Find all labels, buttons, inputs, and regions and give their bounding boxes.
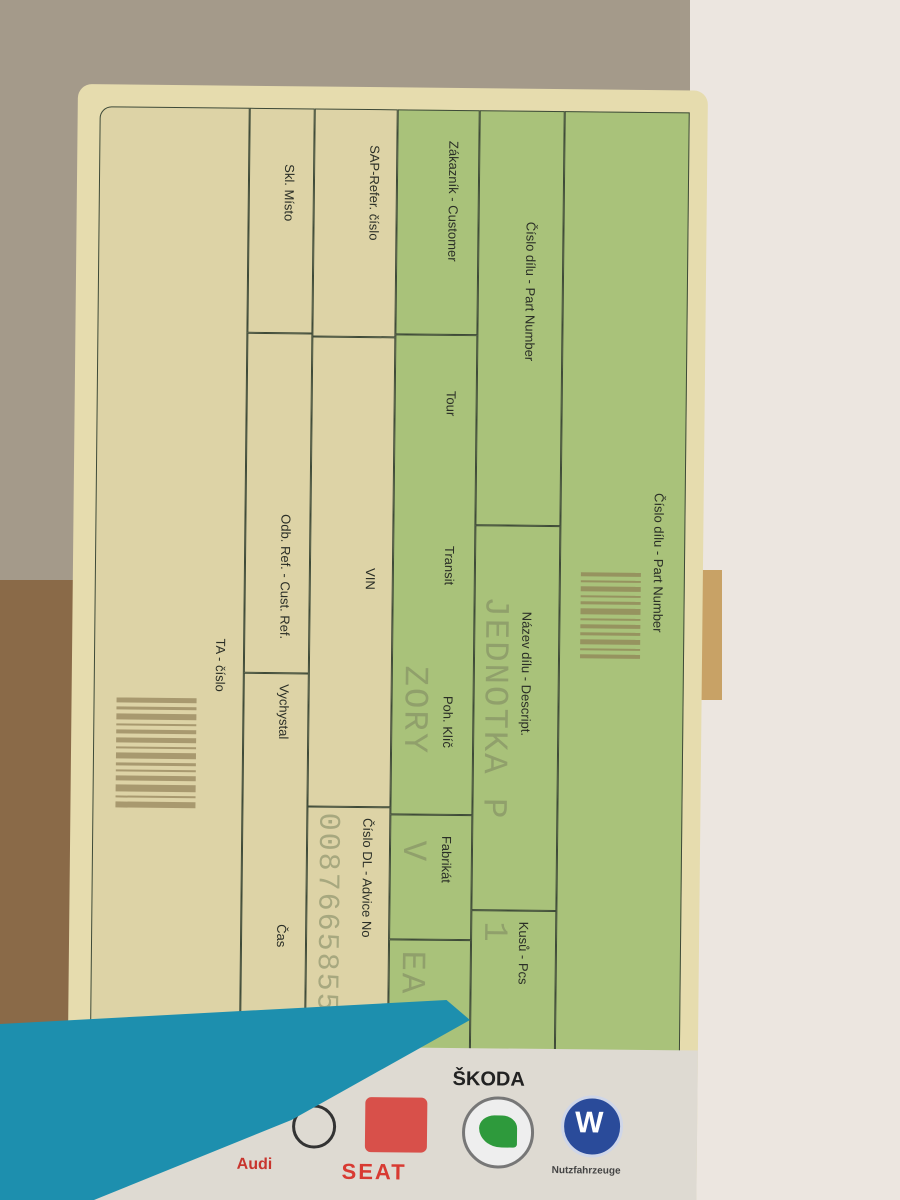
barcode-part-number bbox=[580, 572, 641, 659]
vw-caption: Nutzfahrzeuge bbox=[552, 1165, 621, 1177]
cell-part-number-header: Číslo dílu - Part Number bbox=[555, 111, 690, 1062]
fabrikat-label: Fabrikát bbox=[439, 836, 454, 883]
cas-label: Čas bbox=[274, 924, 289, 947]
pieces-label: Kusů - Pcs bbox=[516, 922, 532, 985]
tour-label: Tour bbox=[444, 391, 459, 416]
cell-description: Název dílu - Descript. JEDNOTKA P bbox=[471, 525, 560, 911]
cell-fabrikat: Fabrikát V bbox=[389, 814, 472, 940]
skoda-wordmark: ŠKODA bbox=[452, 1068, 524, 1092]
seat-wordmark: SEAT bbox=[341, 1159, 406, 1186]
vin-label: VIN bbox=[363, 568, 378, 590]
cust-ref-label: Odb. Ref. - Cust. Ref. bbox=[277, 514, 293, 639]
extra-value: EA bbox=[391, 950, 429, 995]
cell-part-number: Číslo dílu - Part Number bbox=[475, 110, 564, 526]
audi-wordmark: Audi bbox=[237, 1156, 273, 1174]
customer-label: Zákazník - Customer bbox=[445, 141, 461, 262]
vw-logo-icon: W bbox=[561, 1095, 624, 1158]
cell-ta-cislo: TA - číslo bbox=[90, 106, 250, 1058]
ta-cislo-label: TA - číslo bbox=[213, 638, 229, 691]
part-number-label: Číslo dílu - Part Number bbox=[522, 222, 538, 362]
tape-strip bbox=[700, 570, 722, 700]
cell-pieces: Kusů - Pcs 1 bbox=[470, 910, 557, 1061]
part-number-title: Číslo dílu - Part Number bbox=[650, 493, 666, 633]
skoda-logo-icon bbox=[462, 1096, 535, 1169]
description-value: JEDNOTKA P bbox=[473, 596, 513, 820]
pieces-value: 1 bbox=[474, 921, 512, 944]
advice-no-label: Číslo DL - Advice No bbox=[359, 818, 375, 938]
barcode-ta bbox=[115, 697, 196, 808]
cell-tour-transit: Tour Transit Poh. Klíč ZORY bbox=[390, 334, 477, 815]
poh-klic-label: Poh. Klíč bbox=[440, 696, 456, 748]
sklad-misto-label: Skl. Místo bbox=[282, 164, 298, 221]
cell-cust-ref: Odb. Ref. - Cust. Ref. bbox=[244, 333, 313, 674]
cell-sap-ref: SAP-Refer. číslo bbox=[312, 108, 397, 337]
vychystal-label: Vychystal bbox=[276, 684, 292, 739]
seat-logo-icon bbox=[365, 1097, 428, 1153]
cell-sklad-misto: Skl. Místo bbox=[247, 108, 314, 334]
description-label: Název dílu - Descript. bbox=[518, 612, 534, 736]
cell-vychystal-cas: Vychystal Čas bbox=[240, 673, 309, 1059]
fabrikat-value: V bbox=[393, 840, 431, 863]
advice-no-value: 0087665855 bbox=[308, 812, 344, 1012]
cell-customer: Zákazník - Customer bbox=[395, 109, 479, 335]
cell-vin: VIN bbox=[307, 336, 395, 807]
transit-label: Transit bbox=[442, 546, 457, 585]
poh-klic-value: ZORY bbox=[394, 665, 433, 755]
sap-ref-label: SAP-Refer. číslo bbox=[366, 145, 382, 241]
